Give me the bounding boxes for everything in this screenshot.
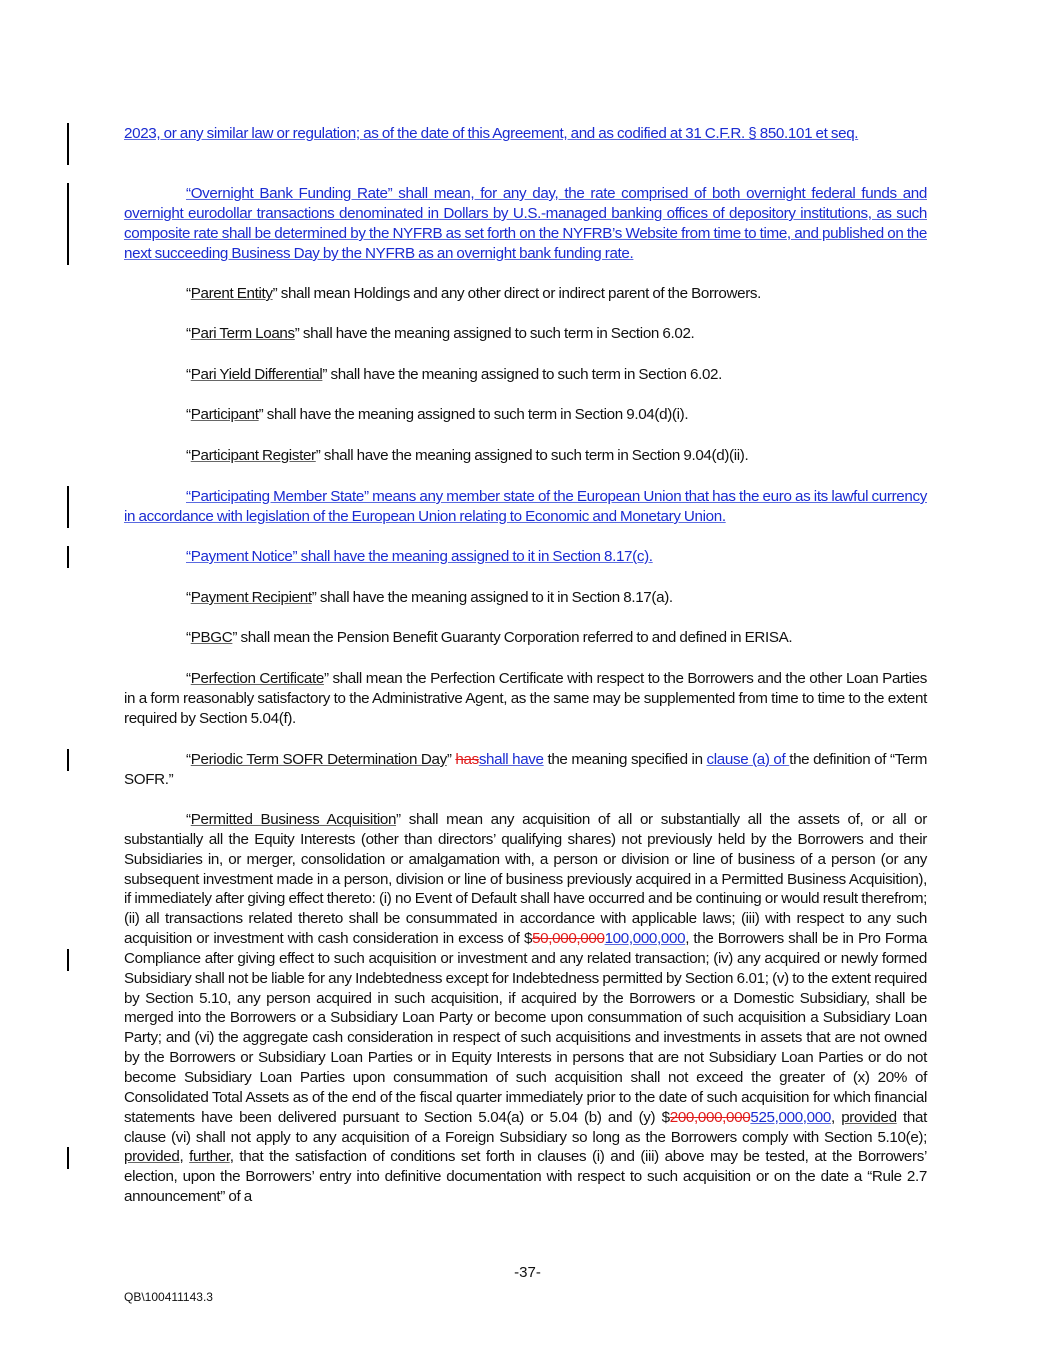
definition-perfection-certificate: “Perfection Certificate” shall mean the … <box>124 669 927 729</box>
defined-term: Perfection Certificate <box>191 670 324 687</box>
inserted-text: 525,000,000 <box>750 1109 831 1126</box>
change-bar <box>67 123 69 165</box>
definition-participating-member-state: “Participating Member State” means any m… <box>124 487 927 527</box>
inserted-text: “Overnight Bank Funding Rate” shall mean… <box>124 185 927 262</box>
inserted-text: “Payment Notice” shall have the meaning … <box>186 548 653 565</box>
definition-permitted-business-acquisition: “Permitted Business Acquisition” shall m… <box>124 810 927 1207</box>
definition-participant: “Participant” shall have the meaning ass… <box>124 405 927 425</box>
body-text: the meaning specified in <box>544 751 707 768</box>
change-bar <box>67 486 69 528</box>
definition-participant-register: “Participant Register” shall have the me… <box>124 446 927 466</box>
defined-term: Payment Recipient <box>191 589 312 606</box>
definition-parent-entity: “Parent Entity” shall mean Holdings and … <box>124 284 927 304</box>
definition-pari-yield-differential: “Pari Yield Differential” shall have the… <box>124 365 927 385</box>
definition-payment-notice: “Payment Notice” shall have the meaning … <box>124 547 927 567</box>
change-bar <box>67 183 69 265</box>
deleted-text: has <box>455 751 478 768</box>
defined-term: Permitted Business Acquisition <box>191 811 396 828</box>
deleted-text: 50,000,000 <box>532 930 605 947</box>
defined-term: Pari Yield Differential <box>191 366 323 383</box>
change-bar <box>67 949 69 971</box>
definition-payment-recipient: “Payment Recipient” shall have the meani… <box>124 588 927 608</box>
defined-term: Participant <box>191 406 259 423</box>
body-text: ” shall mean the Pension Benefit Guarant… <box>232 629 792 646</box>
body-text: ” shall have the meaning assigned to it … <box>312 589 673 606</box>
definition-periodic-term-sofr-determination-day: “Periodic Term SOFR Determination Day” h… <box>124 750 927 790</box>
page-number: -37- <box>0 1264 1055 1281</box>
change-bar <box>67 546 69 568</box>
change-bar <box>67 1147 69 1169</box>
inserted-text: “Participating Member State” means any m… <box>124 488 927 525</box>
inserted-text: shall have <box>479 751 544 768</box>
document-id: QB\100411143.3 <box>124 1290 213 1304</box>
definition-pbgc: “PBGC” shall mean the Pension Benefit Gu… <box>124 628 927 648</box>
body-text: , <box>831 1109 841 1126</box>
body-text: , that the satisfaction of conditions se… <box>124 1148 927 1205</box>
body-text: , <box>179 1148 189 1165</box>
defined-term: Periodic Term SOFR Determination Day <box>191 751 447 768</box>
body-text: ” shall mean any acquisition of all or s… <box>124 811 927 947</box>
deleted-text: 200,000,000 <box>670 1109 751 1126</box>
inserted-text: clause (a) of <box>706 751 789 768</box>
defined-term: provided <box>124 1148 179 1165</box>
document-page: 2023, or any similar law or regulation; … <box>0 0 1055 1365</box>
body-text: ” shall have the meaning assigned to suc… <box>259 406 689 423</box>
body-text: ” shall have the meaning assigned to suc… <box>316 447 749 464</box>
defined-term: Participant Register <box>191 447 316 464</box>
inserted-text: 100,000,000 <box>605 930 686 947</box>
inserted-text: 2023, or any similar law or regulation; … <box>124 125 858 142</box>
body-text: ” shall have the meaning assigned to suc… <box>322 366 722 383</box>
body-text: ” shall mean Holdings and any other dire… <box>273 285 761 302</box>
change-bar <box>67 749 69 771</box>
definition-overnight-bank-funding-rate: “Overnight Bank Funding Rate” shall mean… <box>124 184 927 264</box>
defined-term: further <box>189 1148 230 1165</box>
defined-term: provided <box>841 1109 896 1126</box>
defined-term: Parent Entity <box>191 285 273 302</box>
paragraph-ofac-continuation: 2023, or any similar law or regulation; … <box>124 124 927 144</box>
defined-term: Pari Term Loans <box>191 325 295 342</box>
definition-pari-term-loans: “Pari Term Loans” shall have the meaning… <box>124 324 927 344</box>
body-text: ” shall have the meaning assigned to suc… <box>295 325 695 342</box>
body-text: , the Borrowers shall be in Pro Forma Co… <box>124 930 927 1126</box>
defined-term: PBGC <box>191 629 233 646</box>
